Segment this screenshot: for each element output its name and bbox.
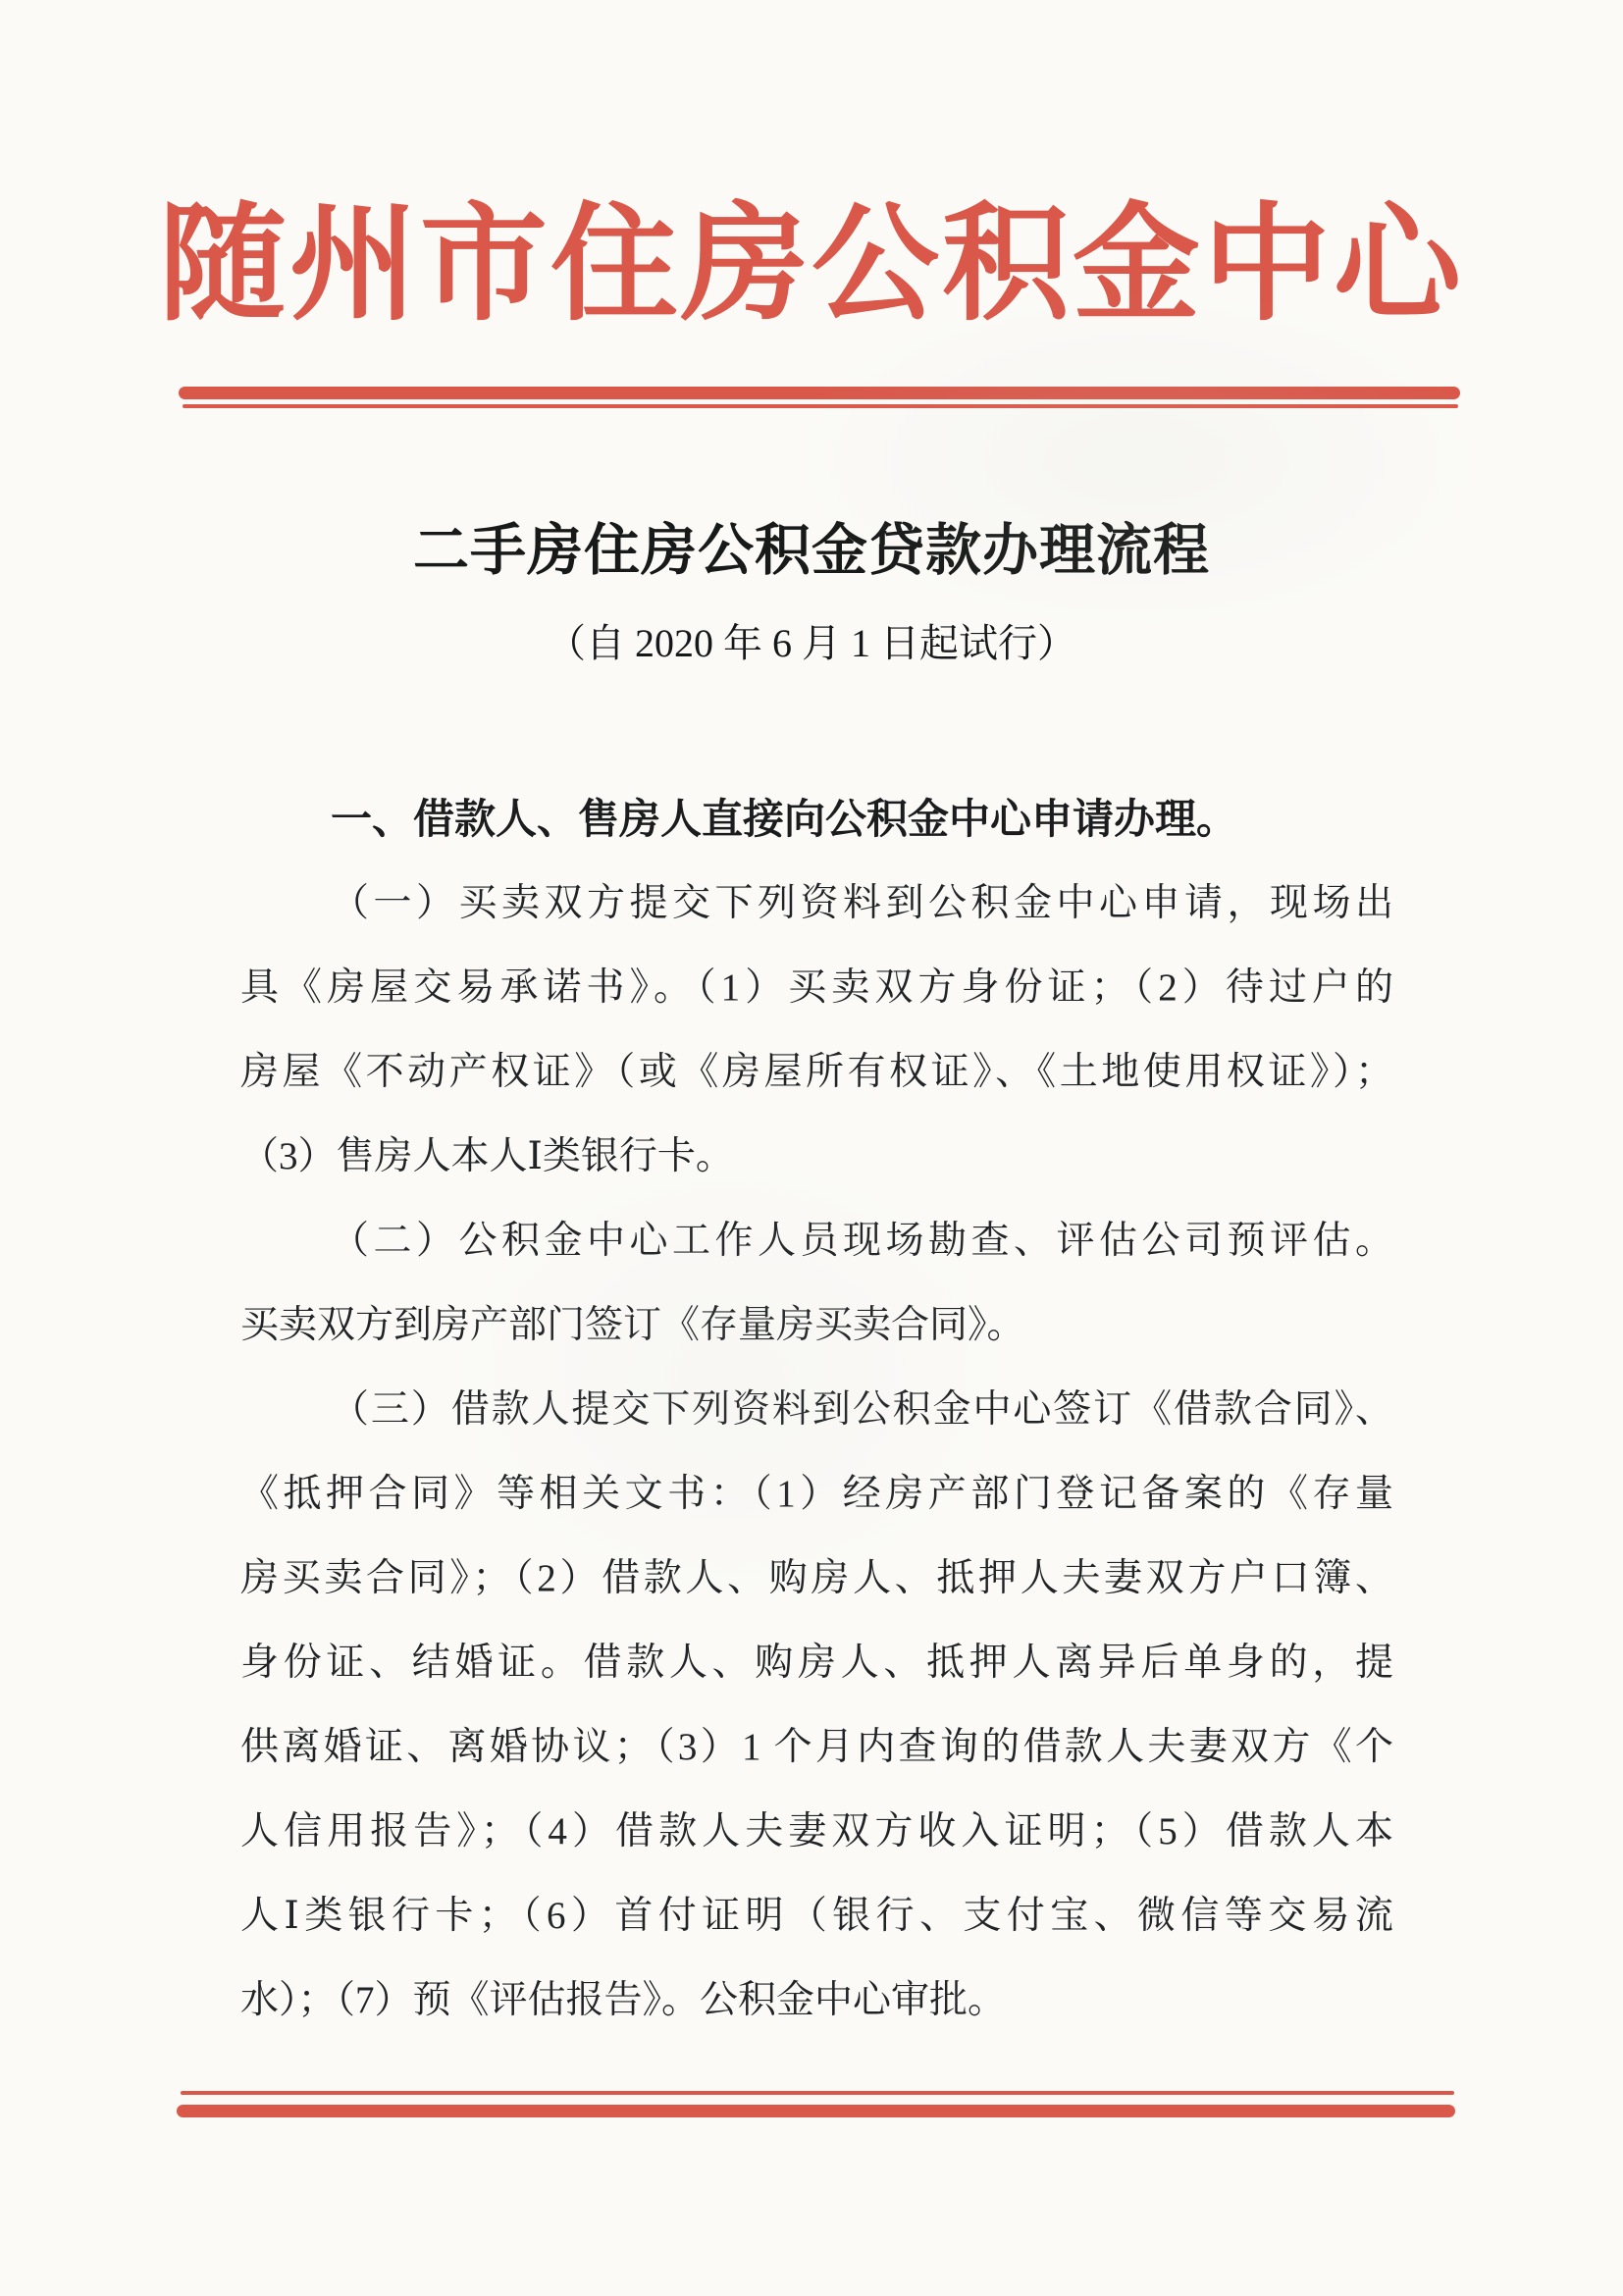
document-title: 二手房住房公积金贷款办理流程 [0,518,1623,585]
footer-rule-thick [177,2105,1455,2117]
letterhead-title: 随州市住房公积金中心 [0,186,1623,346]
body-line: 身份证、结婚证。借款人、购房人、抵押人离异后单身的，提 [240,1621,1393,1705]
header-rule-thin [183,404,1458,408]
document-subtitle: （自 2020 年 6 月 1 日起试行） [0,620,1623,667]
body-line: 买卖双方到房产部门签订《存量房买卖合同》。 [240,1283,1393,1368]
body-line: 人信用报告》；（4）借款人夫妻双方收入证明；（5）借款人本 [240,1790,1393,1874]
body-line: 房屋《不动产权证》（或《房屋所有权证》、《土地使用权证》）； [240,1030,1393,1115]
body-line: 人Ⅰ类银行卡；（6）首付证明（银行、支付宝、微信等交易流 [240,1874,1393,1958]
header-rule-thick [179,387,1460,399]
footer-rule-thin [181,2091,1454,2095]
section-heading: 一、借款人、售房人直接向公积金中心申请办理。 [240,777,1393,861]
body-line: （三）借款人提交下列资料到公积金中心签订《借款合同》、 [240,1368,1393,1452]
body-line: 具《房屋交易承诺书》。（1）买卖双方身份证；（2）待过户的 [240,946,1393,1030]
body-line: （二）公积金中心工作人员现场勘查、评估公司预评估。 [240,1199,1393,1283]
body-line: 《抵押合同》等相关文书：（1）经房产部门登记备案的《存量 [240,1452,1393,1537]
body-line: 供离婚证、离婚协议；（3）1 个月内查询的借款人夫妻双方《个 [240,1705,1393,1790]
body-line: （3）售房人本人Ⅰ类银行卡。 [240,1115,1393,1199]
body-line: 水）；（7）预《评估报告》。公积金中心审批。 [240,1958,1393,2043]
body-line: （一）买卖双方提交下列资料到公积金中心申请，现场出 [240,861,1393,946]
body-line: 房买卖合同》；（2）借款人、购房人、抵押人夫妻双方户口簿、 [240,1537,1393,1621]
document-page: 随州市住房公积金中心 二手房住房公积金贷款办理流程 （自 2020 年 6 月 … [0,0,1623,2296]
document-body: 一、借款人、售房人直接向公积金中心申请办理。 （一）买卖双方提交下列资料到公积金… [240,777,1393,2043]
